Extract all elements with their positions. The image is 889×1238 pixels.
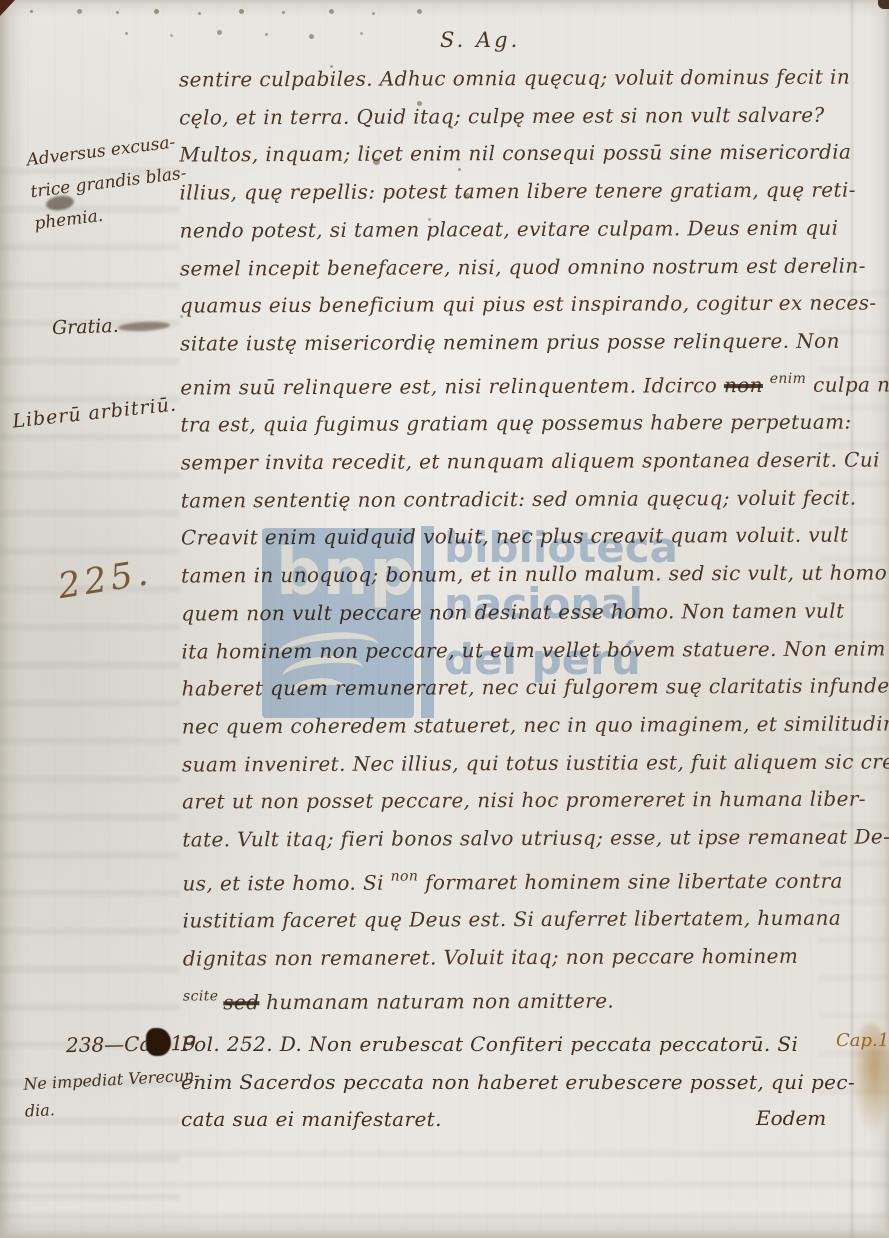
manuscript-line: ita hominem non peccare, ut eum vellet b… <box>181 630 881 671</box>
corner-mark-top-right <box>878 0 889 9</box>
manuscript-line: us, et iste homo. Si non formaret homine… <box>182 856 882 903</box>
margin-note-verecundia: Ne impediat Verecun-dia. <box>23 1061 206 1124</box>
manuscript-line: nendo potest, si tamen placeat, evitare … <box>180 209 880 250</box>
manuscript-line: tamen in unoquoq; bonum, et in nullo mal… <box>181 555 881 596</box>
right-margin-chapter-mark: Cap.19 <box>836 1030 889 1051</box>
manuscript-line: semper invita recedit, et nunquam alique… <box>181 442 881 483</box>
manuscript-line: tra est, quia fugimus gratiam quę possem… <box>180 404 880 445</box>
manuscript-line: iustitiam faceret quę Deus est. Si aufer… <box>183 900 883 941</box>
margin-note-chapter-ref: 238—Cap.19 <box>66 1031 196 1057</box>
manuscript-line: enim Sacerdos peccata non haberet erubes… <box>181 1064 841 1102</box>
manuscript-line: sentire culpabiles. Adhuc omnia quęcuq; … <box>179 58 879 99</box>
ink-specks <box>30 10 33 13</box>
manuscript-line: aret ut non posset peccare, nisi hoc pro… <box>182 781 882 822</box>
manuscript-line: illius, quę repellis: potest tamen liber… <box>179 172 879 213</box>
manuscript-line: tate. Vult itaq; fieri bonos salvo utriu… <box>182 819 882 860</box>
manuscript-line: enim suū relinquere est, nisi relinquent… <box>180 360 880 407</box>
corner-mark-top-left <box>0 0 15 16</box>
manuscript-line: cata sua ei manifestaret. <box>181 1101 841 1139</box>
manuscript-scan-page: S. Ag. sentire culpabiles. Adhuc omnia q… <box>0 0 889 1238</box>
manuscript-line: tamen sententię non contradicit: sed omn… <box>181 479 881 520</box>
manuscript-line: Multos, inquam; licet enim nil consequi … <box>179 134 879 175</box>
manuscript-line: Fol. 252. D. Non erubescat Confiteri pec… <box>181 1026 841 1064</box>
manuscript-line: cęlo, et in terra. Quid itaq; culpę mee … <box>179 96 879 137</box>
margin-note-gratia: Gratia. <box>52 315 119 339</box>
manuscript-line: suam inveniret. Nec illius, qui totus iu… <box>182 743 882 784</box>
manuscript-line: quem non vult peccare non desinat esse h… <box>181 592 881 633</box>
margin-note-adversus: Adversus excusa-trice grandis blas-phemi… <box>25 124 205 240</box>
manuscript-footer-paragraph: Fol. 252. D. Non erubescat Confiteri pec… <box>181 1026 841 1139</box>
manuscript-line: sitate iustę misericordię neminem prius … <box>180 322 880 363</box>
page-header-signature: S. Ag. <box>440 28 640 52</box>
catchword: Eodem <box>756 1106 826 1130</box>
manuscript-line: scite sed humanam naturam non amittere. <box>183 975 883 1022</box>
manuscript-body: sentire culpabiles. Adhuc omnia quęcuq; … <box>179 58 883 1022</box>
manuscript-line: Creavit enim quidquid voluit, nec plus c… <box>181 517 881 558</box>
manuscript-line: dignitas non remaneret. Voluit itaq; non… <box>183 938 883 979</box>
manuscript-line: semel incepit benefacere, nisi, quod omn… <box>180 247 880 288</box>
manuscript-line: quamus eius beneficium qui pius est insp… <box>180 285 880 326</box>
manuscript-line: haberet quem remuneraret, nec cui fulgor… <box>182 668 882 709</box>
manuscript-line: nec quem coheredem statueret, nec in quo… <box>182 705 882 746</box>
